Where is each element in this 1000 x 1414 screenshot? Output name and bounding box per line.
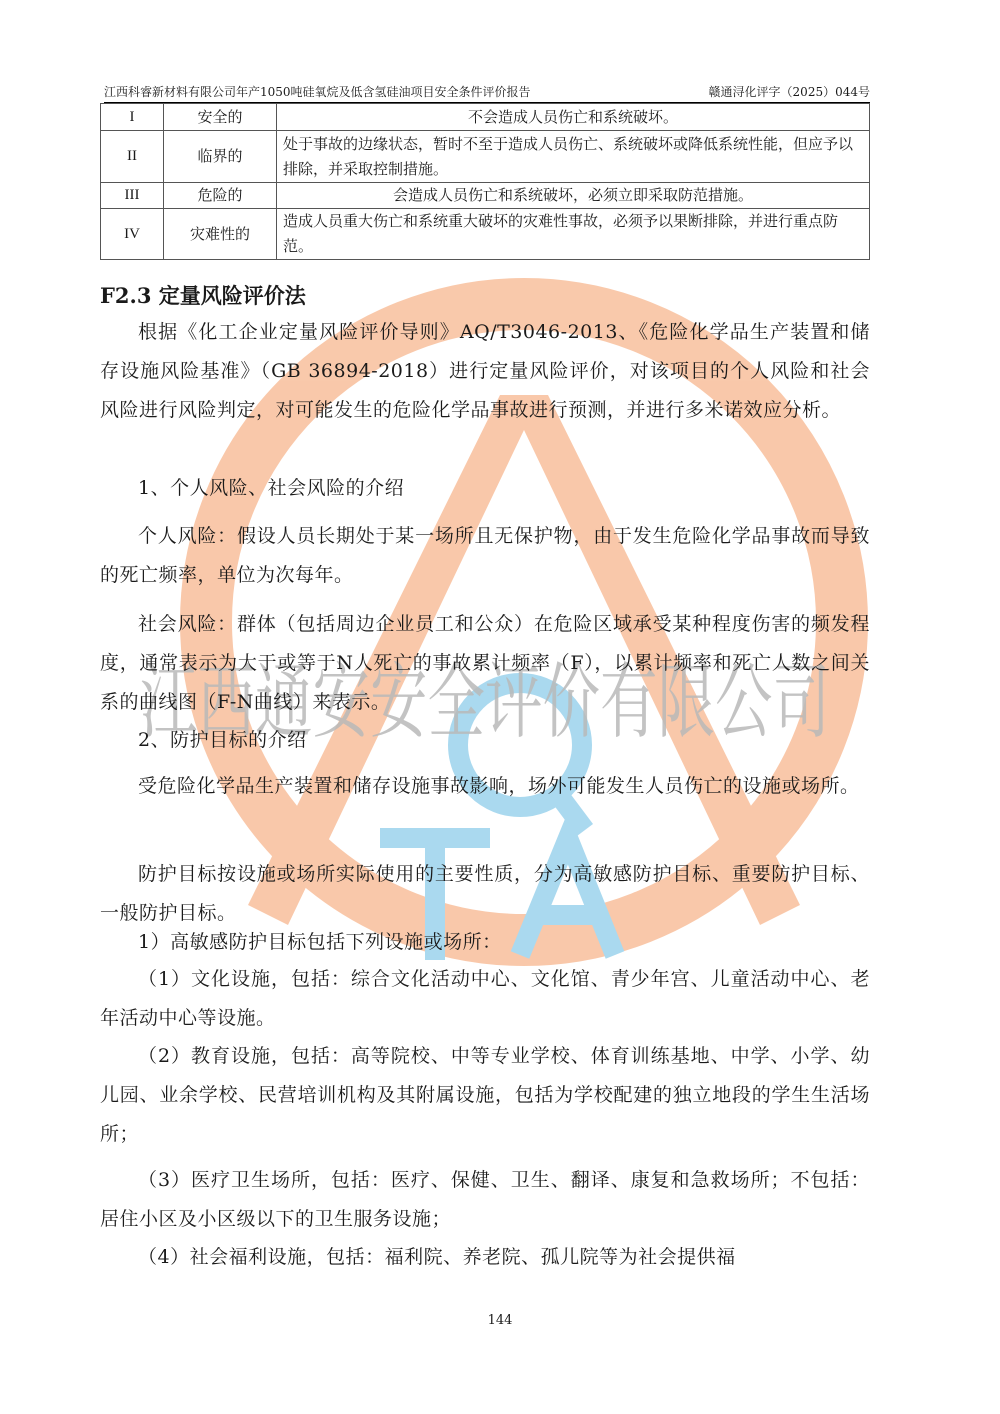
subheading-protection-targets: 2、防护目标的介绍 <box>100 721 870 760</box>
grade-description: 造成人员重大伤亡和系统重大破坏的灾难性事故，必须予以果断排除，并进行重点防范。 <box>277 209 870 260</box>
page-number: 144 <box>0 1313 1000 1328</box>
table-row: III 危险的 会造成人员伤亡和系统破坏，必须立即采取防范措施。 <box>101 183 870 209</box>
grade-level: III <box>101 183 164 209</box>
document-page: 江西科睿新材料有限公司年产1050吨硅氧烷及低含氢硅油项目安全条件评价报告 赣通… <box>0 0 1000 1414</box>
report-number: 赣通浔化评字（2025）044号 <box>709 84 870 100</box>
grade-name: 安全的 <box>164 104 277 131</box>
subheading-risk-intro: 1、个人风险、社会风险的介绍 <box>100 469 870 508</box>
list-item-cultural: （1）文化设施，包括：综合文化活动中心、文化馆、青少年宫、儿童活动中心、老年活动… <box>100 960 870 1038</box>
paragraph-protection-definition: 受危险化学品生产装置和储存设施事故影响，场外可能发生人员伤亡的设施或场所。 <box>100 767 870 806</box>
grade-level: I <box>101 104 164 131</box>
grade-level: IV <box>101 209 164 260</box>
grade-name: 危险的 <box>164 183 277 209</box>
hazard-grade-table: I 安全的 不会造成人员伤亡和系统破坏。 II 临界的 处于事故的边缘状态，暂时… <box>100 103 870 260</box>
section-heading: F2.3 定量风险评价法 <box>100 280 306 310</box>
grade-name: 临界的 <box>164 131 277 183</box>
table-row: II 临界的 处于事故的边缘状态，暂时不至于造成人员伤亡、系统破坏或降低系统性能… <box>101 131 870 183</box>
grade-description: 会造成人员伤亡和系统破坏，必须立即采取防范措施。 <box>277 183 870 209</box>
list-item-education: （2）教育设施，包括：高等院校、中等专业学校、体育训练基地、中学、小学、幼儿园、… <box>100 1037 870 1154</box>
paragraph-protection-classes: 防护目标按设施或场所实际使用的主要性质，分为高敏感防护目标、重要防护目标、一般防… <box>100 855 870 933</box>
grade-level: II <box>101 131 164 183</box>
paragraph-individual-risk: 个人风险：假设人员长期处于某一场所且无保护物，由于发生危险化学品事故而导致的死亡… <box>100 517 870 595</box>
paragraph-social-risk: 社会风险：群体（包括周边企业员工和公众）在危险区域承受某种程度伤害的频发程度，通… <box>100 605 870 722</box>
grade-description: 处于事故的边缘状态，暂时不至于造成人员伤亡、系统破坏或降低系统性能，但应予以排除… <box>277 131 870 183</box>
list-item-medical: （3）医疗卫生场所，包括：医疗、保健、卫生、翻译、康复和急救场所；不包括：居住小… <box>100 1161 870 1239</box>
paragraph-intro: 根据《化工企业定量风险评价导则》AQ/T3046-2013、《危险化学品生产装置… <box>100 313 870 430</box>
report-title: 江西科睿新材料有限公司年产1050吨硅氧烷及低含氢硅油项目安全条件评价报告 <box>104 84 531 100</box>
subheading-high-sensitivity: 1）高敏感防护目标包括下列设施或场所： <box>100 923 870 962</box>
table-row: IV 灾难性的 造成人员重大伤亡和系统重大破坏的灾难性事故，必须予以果断排除，并… <box>101 209 870 260</box>
page-header: 江西科睿新材料有限公司年产1050吨硅氧烷及低含氢硅油项目安全条件评价报告 赣通… <box>104 84 870 104</box>
grade-description: 不会造成人员伤亡和系统破坏。 <box>277 104 870 131</box>
table-row: I 安全的 不会造成人员伤亡和系统破坏。 <box>101 104 870 131</box>
list-item-welfare: （4）社会福利设施，包括：福利院、养老院、孤儿院等为社会提供福 <box>100 1238 870 1277</box>
grade-name: 灾难性的 <box>164 209 277 260</box>
